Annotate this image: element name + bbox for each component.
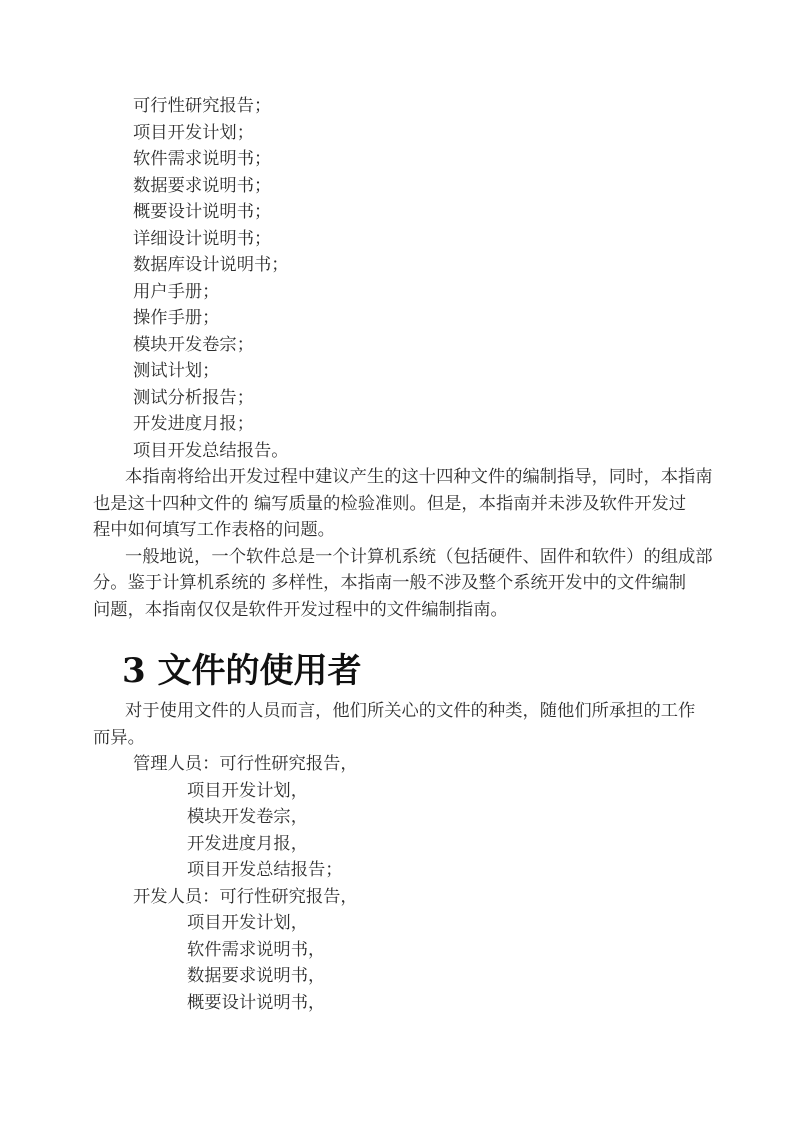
user-group-lead: 管理人员：可行性研究报告，	[93, 751, 715, 778]
fourteen-document-list: 可行性研究报告； 项目开发计划； 软件需求说明书； 数据要求说明书； 概要设计说…	[93, 93, 715, 464]
user-group-managers: 管理人员：可行性研究报告， 项目开发计划， 模块开发卷宗， 开发进度月报， 项目…	[93, 751, 715, 884]
user-group-item: 开发进度月报，	[93, 831, 715, 858]
paragraph-line: 而异。	[93, 725, 715, 752]
doc-list-item: 项目开发计划；	[93, 120, 715, 147]
doc-list-item: 可行性研究报告；	[93, 93, 715, 120]
doc-list-item: 概要设计说明书；	[93, 199, 715, 226]
paragraph-line: 对于使用文件的人员而言，他们所关心的文件的种类，随他们所承担的工作	[93, 698, 715, 725]
user-group-lead: 开发人员：可行性研究报告，	[93, 884, 715, 911]
paragraph-users-intro: 对于使用文件的人员而言，他们所关心的文件的种类，随他们所承担的工作 而异。	[93, 698, 715, 751]
doc-list-item: 测试分析报告；	[93, 385, 715, 412]
document-page-content: 可行性研究报告； 项目开发计划； 软件需求说明书； 数据要求说明书； 概要设计说…	[93, 93, 715, 1016]
paragraph-line: 本指南将给出开发过程中建议产生的这十四种文件的编制指导，同时，本指南	[93, 464, 715, 491]
doc-list-item: 测试计划；	[93, 358, 715, 385]
paragraph-line: 问题，本指南仅仅是软件开发过程中的文件编制指南。	[93, 597, 715, 624]
user-group-developers: 开发人员：可行性研究报告， 项目开发计划， 软件需求说明书， 数据要求说明书， …	[93, 884, 715, 1017]
doc-list-item: 用户手册；	[93, 279, 715, 306]
doc-list-item: 开发进度月报；	[93, 411, 715, 438]
paragraph-guide-purpose: 本指南将给出开发过程中建议产生的这十四种文件的编制指导，同时，本指南 也是这十四…	[93, 464, 715, 544]
doc-list-item: 软件需求说明书；	[93, 146, 715, 173]
paragraph-line: 分。鉴于计算机系统的 多样性，本指南一般不涉及整个系统开发中的文件编制	[93, 570, 715, 597]
user-group-item: 数据要求说明书，	[93, 963, 715, 990]
doc-list-item: 项目开发总结报告。	[93, 438, 715, 465]
user-group-item: 项目开发计划，	[93, 778, 715, 805]
user-group-item: 软件需求说明书，	[93, 937, 715, 964]
paragraph-line: 程中如何填写工作表格的问题。	[93, 517, 715, 544]
doc-list-item: 详细设计说明书；	[93, 226, 715, 253]
doc-list-item: 数据库设计说明书；	[93, 252, 715, 279]
user-group-item: 项目开发计划，	[93, 910, 715, 937]
paragraph-line: 一般地说，一个软件总是一个计算机系统（包括硬件、固件和软件）的组成部	[93, 544, 715, 571]
doc-list-item: 模块开发卷宗；	[93, 332, 715, 359]
user-group-item: 项目开发总结报告；	[93, 857, 715, 884]
doc-list-item: 数据要求说明书；	[93, 173, 715, 200]
doc-list-item: 操作手册；	[93, 305, 715, 332]
user-group-item: 模块开发卷宗，	[93, 804, 715, 831]
paragraph-general-note: 一般地说，一个软件总是一个计算机系统（包括硬件、固件和软件）的组成部 分。鉴于计…	[93, 544, 715, 624]
paragraph-line: 也是这十四种文件的 编写质量的检验准则。但是，本指南并未涉及软件开发过	[93, 491, 715, 518]
section-heading-users: 3 文件的使用者	[93, 649, 715, 693]
user-group-item: 概要设计说明书，	[93, 990, 715, 1017]
